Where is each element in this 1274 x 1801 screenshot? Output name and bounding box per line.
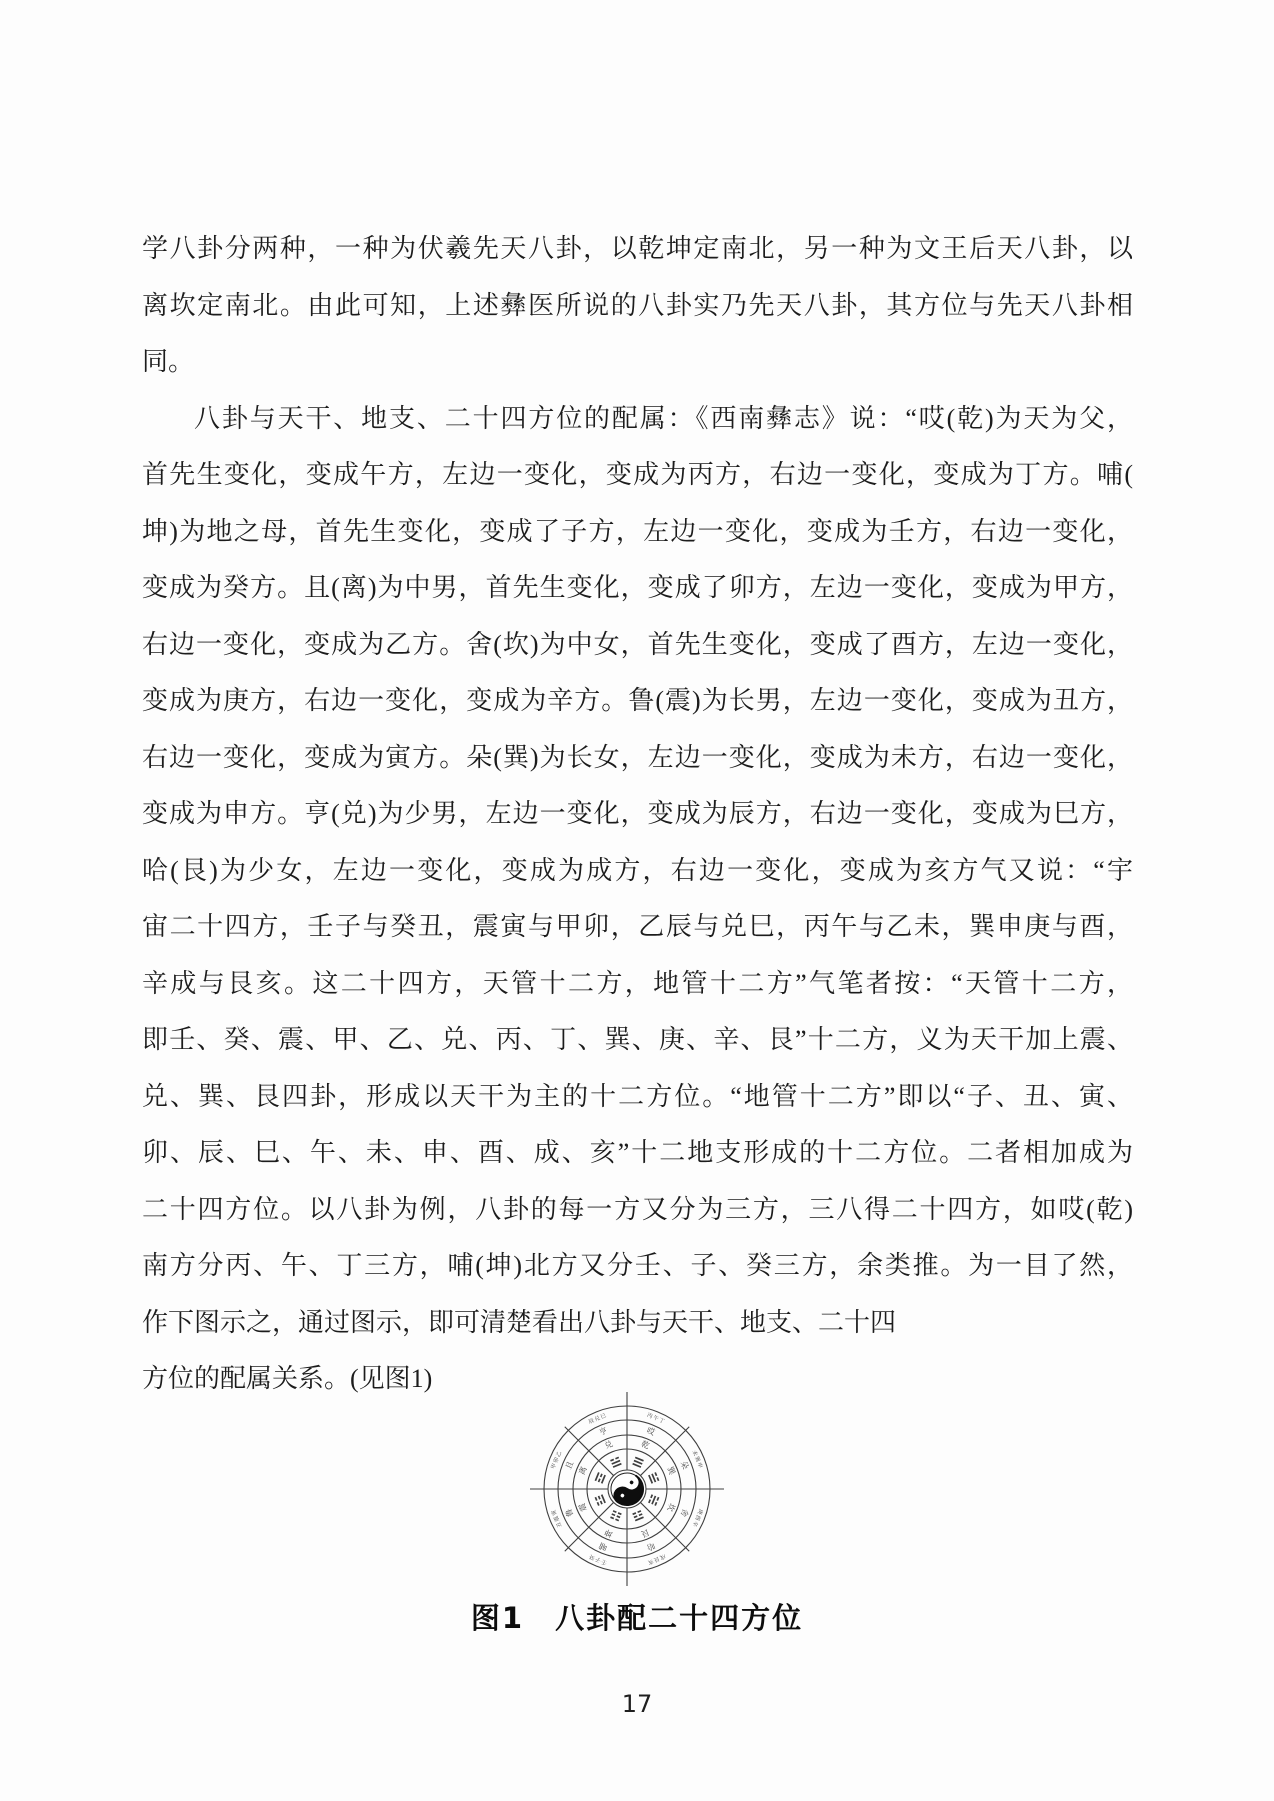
text-line: 离坎定南北。由此可知，上述彝医所说的八卦实乃先天八卦，其方位与先天八卦相: [142, 278, 1133, 335]
text-line: 即壬、癸、震、甲、乙、兑、丙、丁、巽、庚、辛、艮”十二方，义为天干加上震、: [142, 1012, 1133, 1069]
trigram-icon: [637, 1510, 641, 1513]
trigram-name-label: 巽: [665, 1465, 677, 1477]
trigram-sector: 巽朵未巽申: [646, 1449, 705, 1488]
trigram-icon: [632, 1512, 636, 1515]
trigram-icon: [615, 1518, 619, 1521]
yi-name-label: 且: [564, 1460, 575, 1471]
page-number: 17: [0, 1690, 1274, 1718]
trigram-icon: [648, 1499, 651, 1503]
trigram-icon: [600, 1501, 603, 1505]
trigram-name-label: 艮: [640, 1527, 651, 1538]
trigram-sector: 坎舍庚酉辛: [646, 1489, 705, 1528]
trigram-icon: [611, 1513, 615, 1516]
yi-name-label: 舍: [679, 1507, 691, 1518]
text-line: 学八卦分两种，一种为伏羲先天八卦，以乾坤定南北，另一种为文王后天八卦，以: [142, 221, 1133, 278]
trigram-icon: [610, 1459, 614, 1462]
trigram-sector: 离且甲卯乙: [549, 1449, 608, 1488]
trigram-icon: [615, 1457, 619, 1460]
text-line: 首先生变化，变成午方，左边一变化，变成为丙方，右边一变化，变成为丁方。哺(: [142, 447, 1133, 504]
yi-name-label: 朵: [679, 1459, 691, 1470]
trigram-sector: 震鲁丑震寅: [549, 1489, 608, 1528]
body-text: 学八卦分两种，一种为伏羲先天八卦，以乾坤定南北，另一种为文王后天八卦，以 离坎定…: [142, 221, 1133, 1408]
trigram-icon: [600, 1473, 603, 1477]
text-line: 兑、巽、艮四卦，形成以天干为主的十二方位。“地管十二方”即以“子、丑、寅、: [142, 1069, 1133, 1126]
text-line: 南方分丙、午、丁三方，哺(坤)北方又分壬、子、癸三方，余类推。为一目了然，: [142, 1238, 1133, 1295]
text-line: 变成为申方。亨(兑)为少男，左边一变化，变成为辰方，右边一变化，变成为巳方，: [142, 786, 1133, 843]
yi-name-label: 哺: [597, 1541, 608, 1553]
document-page: 学八卦分两种，一种为伏羲先天八卦，以乾坤定南北，另一种为文王后天八卦，以 离坎定…: [0, 0, 1274, 1801]
trigram-icon: [598, 1496, 601, 1500]
trigram-icon: [595, 1497, 598, 1501]
trigram-icon: [650, 1494, 653, 1498]
trigram-sector: 坤哺壬子癸: [587, 1508, 626, 1567]
yi-name-label: 鲁: [563, 1507, 575, 1518]
trigram-icon: [598, 1478, 601, 1482]
trigram-icon: [616, 1515, 620, 1518]
trigram-sector: 艮哈戌艮亥: [627, 1508, 666, 1567]
text-line: 同。: [142, 334, 1133, 391]
trigram-icon: [656, 1477, 659, 1481]
text-line: 右边一变化，变成为乙方。舍(坎)为中女，首先生变化，变成了酉方，左边一变化，: [142, 617, 1133, 674]
yi-name-label: 哈: [645, 1541, 656, 1553]
text-line: 变成为庚方，右边一变化，变成为辛方。鲁(震)为长男，左边一变化，变成为丑方，: [142, 673, 1133, 730]
trigram-icon: [618, 1512, 622, 1515]
trigram-sector: 乾哎丙午丁: [627, 1411, 666, 1470]
bagua-24-directions-diagram: 乾哎丙午丁巽朵未巽申坎舍庚酉辛艮哈戌艮亥坤哺壬子癸震鲁丑震寅离且甲卯乙兑亨辰兑巳: [527, 1389, 727, 1589]
trigram-icon: [639, 1513, 643, 1516]
yi-name-label: 亨: [597, 1425, 608, 1437]
trigram-icon: [654, 1472, 657, 1476]
figure-1: 乾哎丙午丁巽朵未巽申坎舍庚酉辛艮哈戌艮亥坤哺壬子癸震鲁丑震寅离且甲卯乙兑亨辰兑巳: [527, 1389, 727, 1589]
text-line: 变成为癸方。且(离)为中男，首先生变化，变成了卯方，左边一变化，变成为甲方，: [142, 560, 1133, 617]
text-line: 八卦与天干、地支、二十四方位的配属：《西南彝志》说：“哎(乾)为天为父，: [142, 391, 1133, 448]
text-line: 作下图示之，通过图示，即可清楚看出八卦与天干、地支、二十四: [142, 1295, 1133, 1352]
yi-name-label: 哎: [645, 1425, 656, 1437]
trigram-icon: [610, 1516, 614, 1519]
trigram-icon: [656, 1497, 659, 1501]
text-line: 坤)为地之母，首先生变化，变成了子方，左边一变化，变成为壬方，右边一变化，: [142, 504, 1133, 561]
trigram-icon: [597, 1502, 600, 1506]
text-line: 哈(艮)为少女，左边一变化，变成为成方，右边一变化，变成为亥方气又说：“宇: [142, 843, 1133, 900]
trigram-icon: [634, 1515, 638, 1518]
trigram-sector: 兑亨辰兑巳: [587, 1411, 626, 1470]
text-line: 卯、辰、巳、午、未、申、酉、成、亥”十二地支形成的十二方位。二者相加成为: [142, 1125, 1133, 1182]
text-line: 辛成与艮亥。这二十四方，天管十二方，地管十二方”气笔者按：“天管十二方，: [142, 956, 1133, 1013]
figure-caption: 图1 八卦配二十四方位: [0, 1596, 1274, 1637]
text-line: 右边一变化，变成为寅方。朵(巽)为长女，左边一变化，变成为未方，右边一变化，: [142, 730, 1133, 787]
trigram-icon: [613, 1510, 617, 1513]
text-line: 二十四方位。以八卦为例，八卦的每一方又分为三方，三八得二十四方，如哎(乾): [142, 1182, 1133, 1239]
text-line: 宙二十四方，壬子与癸丑，震寅与甲卯，乙辰与兑巳，丙午与乙未，巽申庚与酉，: [142, 899, 1133, 956]
trigram-icon: [654, 1502, 657, 1506]
